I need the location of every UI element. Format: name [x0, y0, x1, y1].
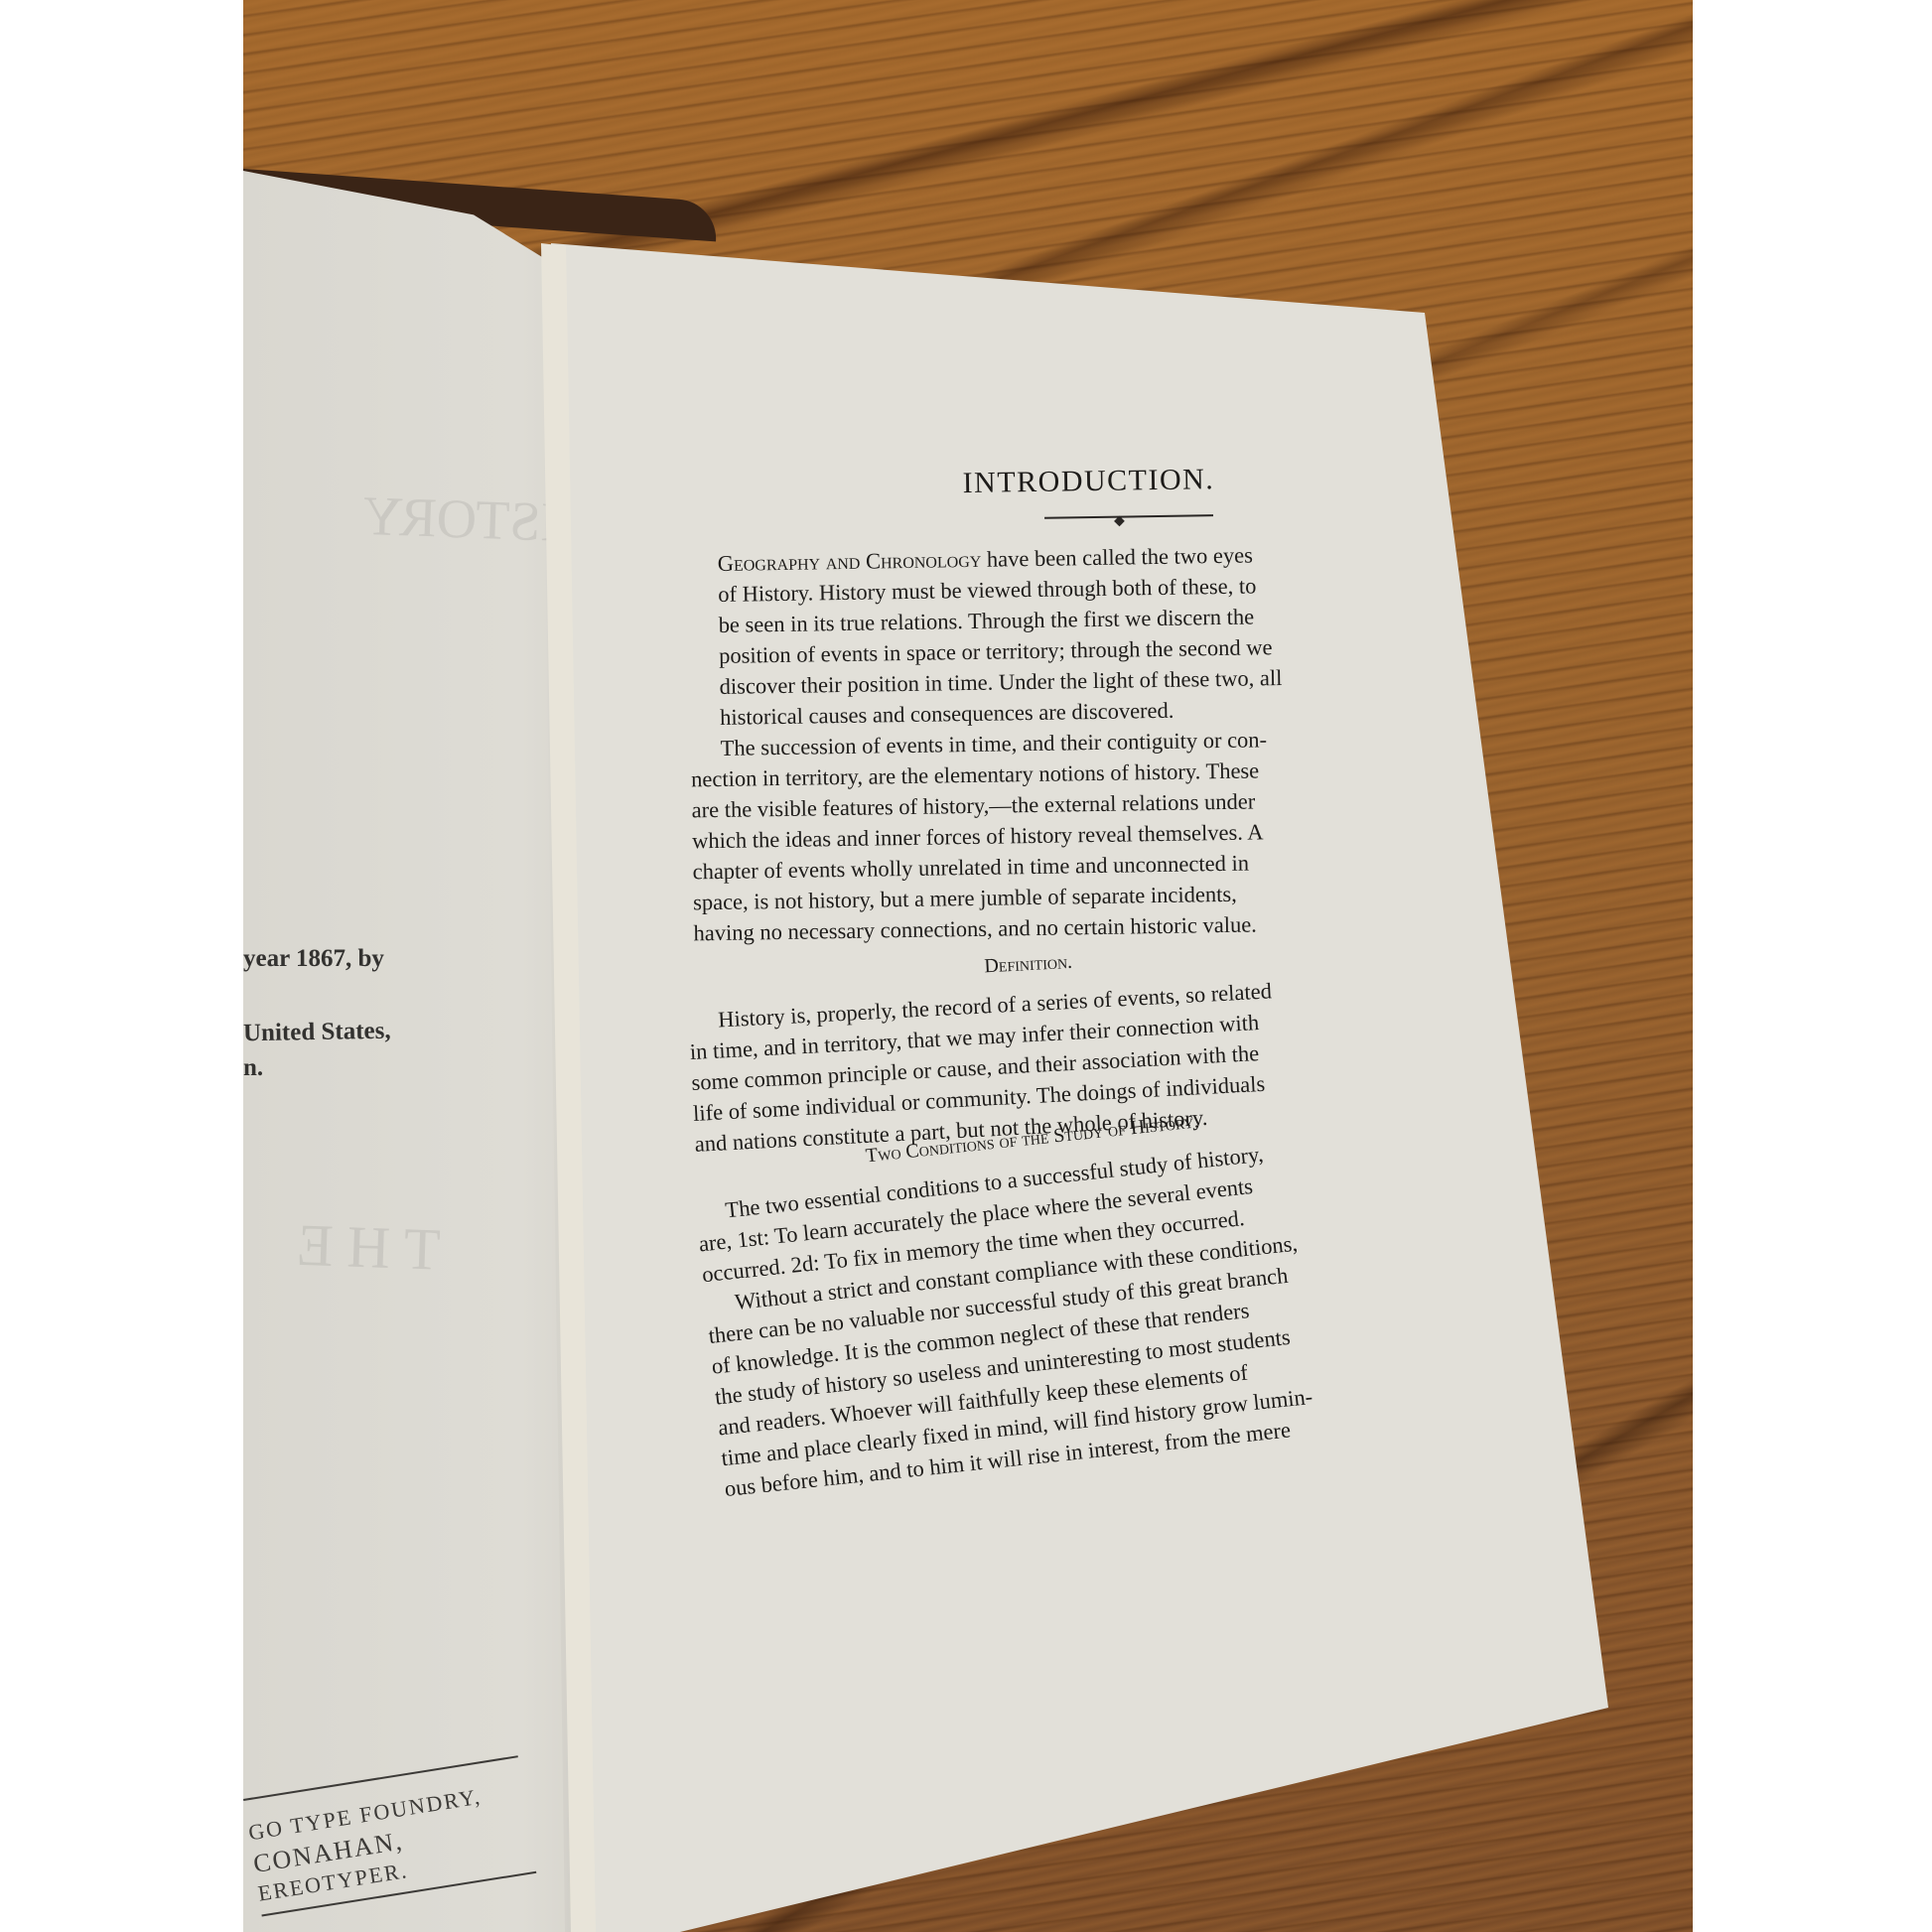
conditions-section: Two Conditions of the Study of History. … — [690, 1088, 1408, 1504]
intro-section: INTRODUCTION. Geography and Chronology h… — [686, 462, 1378, 949]
chapter-title: INTRODUCTION. — [805, 462, 1371, 501]
paragraph-1: Geography and Chronology have been calle… — [687, 538, 1375, 734]
lead-smallcaps: Geography and Chronology — [718, 547, 982, 576]
copyright-line-3: n. — [243, 1054, 263, 1082]
introduction-text: INTRODUCTION. Geography and Chronology h… — [690, 467, 1375, 1506]
copyright-line-2: United States, — [243, 1018, 391, 1048]
copyright-line-1: year 1867, by — [243, 945, 384, 973]
paragraph-2: The succession of events in time, and th… — [690, 723, 1378, 949]
ornament-divider — [1044, 510, 1213, 523]
book-photo: HISTORY THE year 1867, by United States,… — [243, 0, 1693, 1932]
text-line: have been called the two eyes — [987, 542, 1253, 571]
bleed-through-word: THE — [282, 1210, 442, 1284]
printer-imprint: GO TYPE FOUNDRY, CONAHAN, EREOTYPER. — [243, 1755, 538, 1926]
